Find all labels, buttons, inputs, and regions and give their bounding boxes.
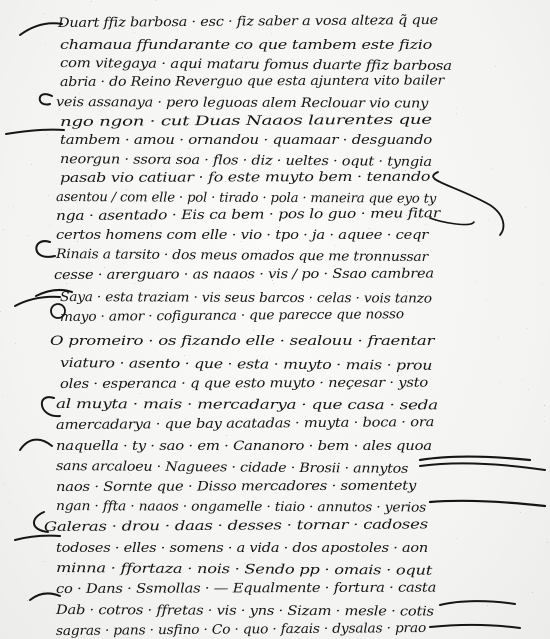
paper-speck <box>0 311 1 312</box>
paper-speck <box>28 235 29 236</box>
manuscript-page: Duart ffiz barbosa · esc · fiz saber a v… <box>0 0 550 639</box>
paper-speck <box>3 229 4 230</box>
manuscript-line: Duart ffiz barbosa · esc · fiz saber a v… <box>58 14 438 30</box>
manuscript-line: Dab · cotros · ffretas · vis · yns · Siz… <box>56 604 434 618</box>
paper-speck <box>456 538 457 539</box>
flourish-line-30 <box>15 536 60 540</box>
paper-speck <box>189 148 190 149</box>
paper-speck <box>134 32 135 33</box>
paper-speck <box>9 502 10 503</box>
paper-speck <box>43 591 44 592</box>
paper-speck <box>31 164 32 165</box>
flourish-line-12 <box>36 241 55 257</box>
paper-speck <box>47 134 48 135</box>
manuscript-line: co · Dans · Ssmollas · — Equalmente · fo… <box>56 582 436 596</box>
paper-speck <box>44 13 45 14</box>
paper-speck <box>520 512 521 513</box>
paper-speck <box>2 395 3 396</box>
paper-speck <box>544 421 545 422</box>
flourish-line-23 <box>20 440 52 450</box>
paper-speck <box>532 592 533 593</box>
paper-speck <box>273 283 274 284</box>
paper-speck <box>499 382 500 383</box>
paper-speck <box>59 305 60 306</box>
paper-speck <box>271 33 272 34</box>
flourish-right-31 <box>440 601 515 605</box>
paper-speck <box>434 452 435 453</box>
paper-speck <box>527 328 528 329</box>
paper-speck <box>156 0 157 1</box>
paper-speck <box>13 206 14 207</box>
paper-speck <box>170 393 171 394</box>
manuscript-line: asentou / com elle · pol · tirado · pola… <box>56 191 436 206</box>
paper-speck <box>486 300 487 301</box>
paper-speck <box>27 600 28 601</box>
paper-speck <box>487 605 488 606</box>
paper-speck <box>343 55 344 56</box>
manuscript-line: naquella · ty · sao · em · Cananoro · be… <box>56 440 432 453</box>
paper-speck <box>521 380 522 381</box>
paper-speck <box>45 43 46 44</box>
manuscript-line: ngan · ffta · naaos · ongamelle · tiaio … <box>56 500 426 515</box>
paper-speck <box>66 283 67 284</box>
flourish-right-33 <box>430 625 520 628</box>
paper-speck <box>253 330 254 331</box>
manuscript-line: Saya · esta traziam · vis seus barcos · … <box>60 291 432 306</box>
manuscript-line: nga · asentado · Eis ca bem · pos lo guo… <box>56 207 440 223</box>
paper-speck <box>226 435 227 436</box>
paper-speck <box>525 207 526 208</box>
paper-speck <box>475 281 476 282</box>
manuscript-line: minna · ffortaza · nois · Sendo pp · oma… <box>56 562 432 578</box>
paper-speck <box>544 405 545 406</box>
manuscript-line: O promeiro · os fizando elle · sealouu ·… <box>50 335 434 348</box>
paper-speck <box>498 337 499 338</box>
paper-speck <box>425 224 426 225</box>
manuscript-line: ngo ngon · cut Duas Naaos laurentes que <box>60 114 432 129</box>
paper-speck <box>184 355 185 356</box>
paper-speck <box>4 483 5 484</box>
manuscript-line: al muyta · mais · mercadarya · que casa … <box>56 398 438 412</box>
paper-speck <box>488 220 489 221</box>
manuscript-line: cesse · arerguaro · as naaos · vis / po … <box>54 268 434 282</box>
paper-speck <box>542 284 543 285</box>
manuscript-line: Galeras · drou · daas · desses · tornar … <box>44 518 428 534</box>
manuscript-line: abria · do Reino Reverguo que esta ajunt… <box>60 74 444 89</box>
manuscript-line: amercadarya · que bay acatadas · muyta ·… <box>56 416 434 432</box>
manuscript-line: naos · Sornte que · Disso mercadores · s… <box>56 480 416 494</box>
flourish-line-7 <box>6 130 64 134</box>
paper-speck <box>547 542 548 543</box>
manuscript-line: certos homens com elle · vio · tpo · ja … <box>56 229 428 242</box>
paper-speck <box>79 93 80 94</box>
paper-speck <box>456 107 457 108</box>
flourish-line-16 <box>15 297 60 306</box>
paper-speck <box>151 225 152 226</box>
flourish-right-25 <box>420 463 545 470</box>
flourish-line-5 <box>40 94 52 104</box>
manuscript-line: mayo · amor · cofiguranca · que parecce … <box>60 308 404 324</box>
flourish-line-1 <box>20 23 62 35</box>
paper-speck <box>49 225 50 226</box>
manuscript-line: Rinais a tarsito · dos meus omados que m… <box>56 248 428 264</box>
manuscript-line: veis assanaya · pero leguoas alem Reclou… <box>56 96 428 110</box>
flourish-right-23 <box>420 457 530 460</box>
paper-speck <box>492 168 493 169</box>
paper-speck <box>134 283 135 284</box>
manuscript-line: chamaua ffundarante co que tambem este f… <box>60 39 432 52</box>
manuscript-line: tambem · amou · ornandou · quamaar · des… <box>60 134 432 147</box>
paper-speck <box>495 66 496 67</box>
paper-speck <box>140 393 141 394</box>
flourish-right-26 <box>430 501 545 506</box>
manuscript-line: pasab vio catiuar · fo este muyto bem · … <box>60 171 430 185</box>
paper-speck <box>456 113 457 114</box>
manuscript-line: neorgun · ssora soa · flos · diz · uelte… <box>60 153 432 169</box>
paper-speck <box>43 561 44 562</box>
manuscript-line: sagras · pans · usfino · Co · quo · faza… <box>56 622 426 638</box>
manuscript-line: oles · esperanca · q que esto muyto · ne… <box>60 377 428 391</box>
paper-speck <box>46 104 47 105</box>
manuscript-line: viaturo · asento · que · esta · muyto · … <box>60 357 432 373</box>
manuscript-line: sans arcaloeu · Naguees · cidade · Brosi… <box>56 460 408 476</box>
paper-speck <box>91 1 92 2</box>
paper-speck <box>48 195 49 196</box>
manuscript-line: todoses · elles · somens · a vida · dos … <box>56 542 428 555</box>
paper-speck <box>274 579 275 580</box>
paper-speck <box>15 343 16 344</box>
flourish-right-long <box>433 172 503 235</box>
paper-speck <box>528 389 529 390</box>
paper-speck <box>250 557 251 558</box>
paper-speck <box>335 245 336 246</box>
manuscript-line: com vitegaya · aqui mataru fomus duarte … <box>60 57 452 73</box>
